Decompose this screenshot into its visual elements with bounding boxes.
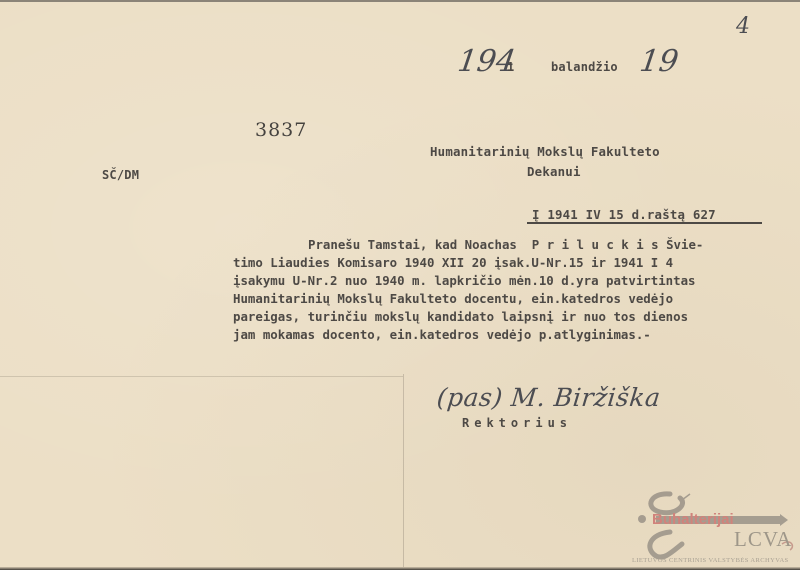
addressee-line-2: Dekanui — [527, 164, 581, 179]
handwritten-day: 19 — [638, 44, 681, 79]
typed-year-suffix: 1 — [507, 60, 514, 74]
archive-watermark: Buhalterijai LCVA LIETUVOS CENTRINIS VAL… — [630, 486, 800, 568]
registration-number: 3837 — [255, 119, 307, 141]
document-page: 194 1 balandžio 19 4 3837 SČ/DM Humanita… — [0, 0, 800, 570]
reference-underline — [527, 222, 762, 224]
author-initials: SČ/DM — [102, 168, 139, 182]
handwritten-page-number: 4 — [736, 14, 750, 39]
fold-line-vertical — [403, 374, 404, 570]
buhalterijai-overlay: Buhalterijai — [652, 511, 734, 528]
body-line: jam mokamas docento, ein.katedros vedėjo… — [233, 326, 793, 344]
addressee-line-1: Humanitarinių Mokslų Fakulteto — [430, 144, 660, 159]
body-line: pareigas, turinčiu mokslų kandidato laip… — [233, 308, 793, 326]
archive-name: LIETUVOS CENTRINIS VALSTYBĖS ARCHYVAS — [632, 557, 789, 564]
fold-line-horizontal — [0, 376, 403, 377]
body-line: timo Liaudies Komisaro 1940 XII 20 įsak.… — [233, 254, 793, 272]
handwritten-signature: (pas) M. Biržiška — [435, 383, 662, 412]
typed-month: balandžio — [551, 60, 618, 74]
letter-body: Pranešu Tamstai, kad Noachas P r i l u c… — [233, 236, 793, 344]
reference-line: Į 1941 IV 15 d.raštą 627 — [532, 207, 716, 222]
lcva-logo-text: LCVA — [734, 527, 792, 552]
body-line: įsakymu U-Nr.2 nuo 1940 m. lapkričio mėn… — [233, 272, 793, 290]
body-line: Pranešu Tamstai, kad Noachas P r i l u c… — [233, 236, 793, 254]
body-line: Humanitarinių Mokslų Fakulteto docentu, … — [233, 290, 793, 308]
signatory-title: Rektorius — [462, 416, 572, 430]
paper-top-edge — [0, 0, 800, 2]
